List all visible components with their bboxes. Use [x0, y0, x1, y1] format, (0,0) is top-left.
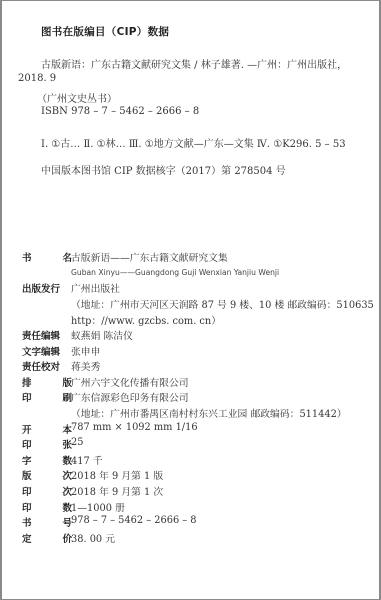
colophon-value: 古版新语——广东古籍文献研究文集 — [71, 250, 228, 264]
colophon-label-char: 书 — [22, 250, 32, 264]
colophon-label-char: 定 — [22, 531, 32, 545]
colophon-label: 排版 — [22, 375, 72, 389]
cip-classification: Ⅰ. ①古… Ⅱ. ①林… Ⅲ. ①地方文献—广东—文集 Ⅳ. ①K296. 5… — [41, 135, 346, 150]
colophon-value: 蒋美秀 — [71, 359, 100, 373]
colophon-label: 定价 — [22, 531, 72, 545]
colophon-label: 版次 — [22, 468, 72, 482]
colophon-value: 38. 00 元 — [71, 531, 115, 545]
colophon-label: 责任校对 — [22, 359, 72, 373]
colophon-label: 印次 — [22, 484, 72, 498]
colophon-label-char: 字 — [22, 453, 32, 467]
colophon-value: 2018 年 9 月第 1 次 — [71, 484, 163, 498]
colophon-label: 印数 — [22, 500, 72, 514]
colophon-label-char: 印 — [22, 437, 32, 451]
colophon-value: 广州六宇文化传播有限公司 — [71, 375, 189, 389]
cip-verification: 中国版本图书馆 CIP 数据核字（2017）第 278504 号 — [41, 162, 286, 177]
colophon-value: 978 – 7 – 5462 – 2666 – 8 — [71, 515, 197, 526]
colophon-label: 书号 — [22, 515, 72, 529]
cip-isbn: ISBN 978 – 7 – 5462 – 2666 – 8 — [41, 106, 199, 117]
colophon-label: 印张 — [22, 437, 72, 451]
colophon-label-char: 书 — [22, 515, 32, 529]
colophon-label-char: 责任校对 — [22, 359, 60, 373]
colophon-value: 蚁燕娟 陈洁仪 — [71, 328, 133, 342]
colophon-value: 1—1000 册 — [71, 500, 125, 514]
colophon-label-char: 出版发行 — [22, 281, 60, 295]
colophon-value: 广州出版社 — [71, 281, 120, 295]
colophon-label: 文字编辑 — [22, 344, 72, 358]
colophon-label-char: 印 — [22, 484, 32, 498]
colophon-value: 张申申 — [71, 344, 100, 358]
colophon-value: 787 mm × 1092 mm 1/16 — [71, 422, 198, 433]
colophon-value: 2018 年 9 月第 1 版 — [71, 468, 163, 482]
colophon-label: 印刷 — [22, 390, 72, 404]
colophon-label-char: 排 — [22, 375, 32, 389]
colophon-label: 出版发行 — [22, 281, 72, 295]
cip-book-record-date: 2018. 9 — [18, 73, 56, 84]
colophon-value: 广东信源彩色印务有限公司 — [71, 390, 189, 404]
colophon-label-char: 印 — [22, 500, 32, 514]
cip-book-record: 古版新语：广东古籍文献研究文集 / 林子雄著. —广州：广州出版社， — [41, 56, 347, 71]
colophon-value: （地址：广州市天河区天润路 87 号 9 楼、10 楼 邮政编码：510635 — [71, 297, 374, 311]
cip-title: 图书在版编目（CIP）数据 — [41, 24, 169, 39]
colophon-label: 开本 — [22, 422, 72, 436]
colophon-label-char: 印 — [22, 390, 32, 404]
colophon-label-char: 开 — [22, 422, 32, 436]
colophon-value: （地址：广州市番禺区南村村东兴工业园 邮政编码：511442） — [71, 406, 347, 420]
colophon-label: 书名 — [22, 250, 72, 264]
colophon-label-char: 版 — [22, 468, 32, 482]
colophon-value: 25 — [71, 437, 83, 448]
colophon-label-char: 责任编辑 — [22, 328, 60, 342]
colophon-value: Guban Xinyu——Guangdong Guji Wenxian Yanj… — [71, 268, 279, 277]
colophon-label: 责任编辑 — [22, 328, 72, 342]
colophon-value: 417 千 — [71, 453, 103, 467]
colophon-label-char: 文字编辑 — [22, 344, 60, 358]
colophon-label: 字数 — [22, 453, 72, 467]
cip-series: （广州文史丛书） — [37, 90, 117, 105]
colophon-value: http：//www. gzcbs. com. cn） — [71, 313, 221, 327]
